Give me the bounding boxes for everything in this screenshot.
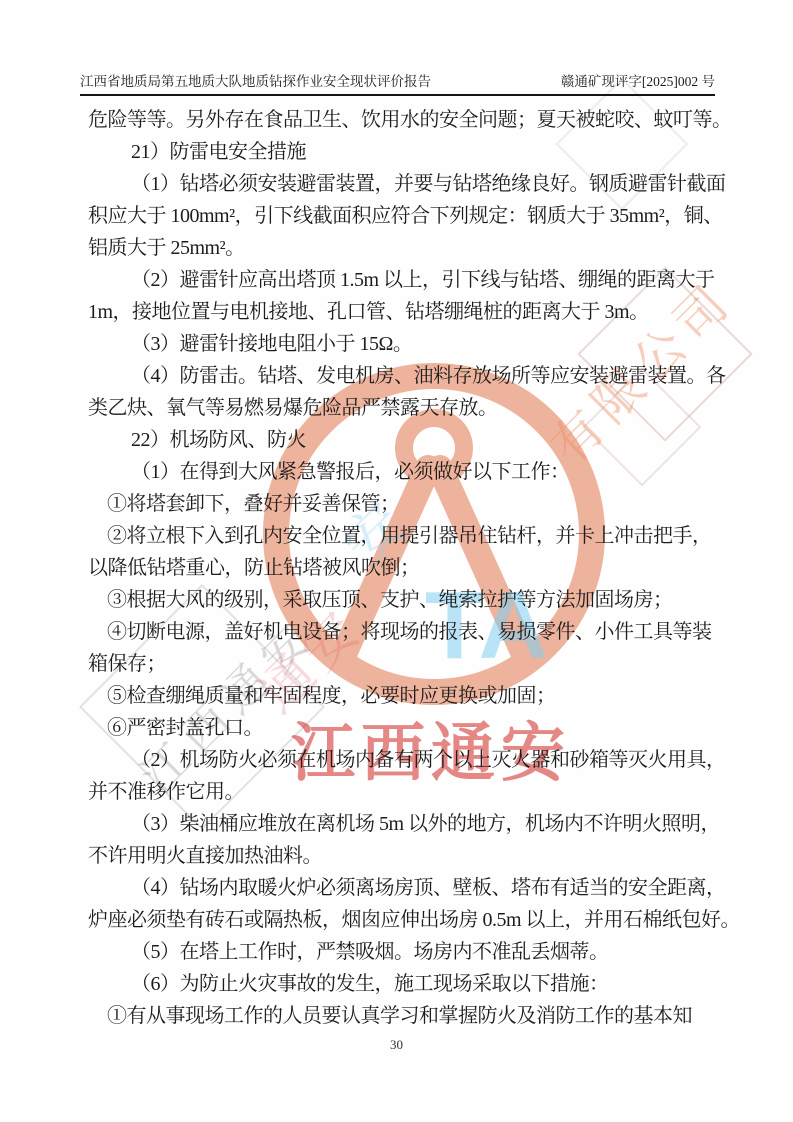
- header-document-number: 赣通矿现评字[2025]002 号: [561, 70, 715, 90]
- document-body: 危险等等。另外存在食品卫生、饮用水的安全问题；夏天被蛇咬、蚊叮等。21）防雷电安…: [88, 104, 728, 1032]
- text-line: （1）钻塔必须安装避雷装置，并要与钻塔绝缘良好。钢质避雷针截面: [88, 168, 728, 200]
- text-line: ②将立根下入到孔内安全位置，用提引器吊住钻杆，并卡上冲击把手，: [88, 520, 728, 552]
- text-line: ⑥严密封盖孔口。: [88, 712, 728, 744]
- text-line: 1m，接地位置与电机接地、孔口管、钻塔绷绳桩的距离大于 3m。: [88, 296, 728, 328]
- page-header: 江西省地质局第五地质大队地质钻探作业安全现状评价报告 赣通矿现评字[2025]0…: [80, 62, 715, 96]
- text-line: ④切断电源，盖好机电设备；将现场的报表、易损零件、小件工具等装: [88, 616, 728, 648]
- text-line: （6）为防止火灾事故的发生，施工现场采取以下措施：: [88, 968, 728, 1000]
- text-line: （2）机场防火必须在机场内备有两个以上灭火器和砂箱等灭火用具，: [88, 744, 728, 776]
- text-line: ⑤检查绷绳质量和牢固程度，必要时应更换或加固；: [88, 680, 728, 712]
- text-line: 并不准移作它用。: [88, 776, 728, 808]
- document-page: 有限公司 江西通安 通安 安 TA 江西通安 江西省地质局第五地质大队地质钻探作…: [0, 0, 793, 1122]
- text-line: （3）避雷针接地电阻小于 15Ω。: [88, 328, 728, 360]
- text-line: （1）在得到大风紧急警报后，必须做好以下工作：: [88, 456, 728, 488]
- text-line: （4）防雷击。钻塔、发电机房、油料存放场所等应安装避雷装置。各: [88, 360, 728, 392]
- text-line: （4）钻场内取暖火炉必须离场房顶、壁板、塔布有适当的安全距离，: [88, 872, 728, 904]
- text-line: ③根据大风的级别，采取压顶、支护、绳索拉护等方法加固场房；: [88, 584, 728, 616]
- text-line: （3）柴油桶应堆放在离机场 5m 以外的地方，机场内不许明火照明，: [88, 808, 728, 840]
- text-line: 22）机场防风、防火: [88, 424, 728, 456]
- page-number: 30: [0, 1037, 793, 1053]
- text-line: 箱保存；: [88, 648, 728, 680]
- text-line: 不许用明火直接加热油料。: [88, 840, 728, 872]
- text-line: 积应大于 100mm²，引下线截面积应符合下列规定：钢质大于 35mm²，铜、: [88, 200, 728, 232]
- text-line: ①将塔套卸下，叠好并妥善保管；: [88, 488, 728, 520]
- text-line: 铝质大于 25mm²。: [88, 232, 728, 264]
- text-line: 危险等等。另外存在食品卫生、饮用水的安全问题；夏天被蛇咬、蚊叮等。: [88, 104, 728, 136]
- text-line: 炉座必须垫有砖石或隔热板，烟囱应伸出场房 0.5m 以上，并用石棉纸包好。: [88, 904, 728, 936]
- text-line: ①有从事现场工作的人员要认真学习和掌握防火及消防工作的基本知: [88, 1000, 728, 1032]
- text-line: 类乙炔、氧气等易燃易爆危险品严禁露天存放。: [88, 392, 728, 424]
- text-line: 以降低钻塔重心，防止钻塔被风吹倒；: [88, 552, 728, 584]
- text-line: 21）防雷电安全措施: [88, 136, 728, 168]
- text-line: （2）避雷针应高出塔顶 1.5m 以上，引下线与钻塔、绷绳的距离大于: [88, 264, 728, 296]
- text-line: （5）在塔上工作时，严禁吸烟。场房内不准乱丢烟蒂。: [88, 936, 728, 968]
- header-report-title: 江西省地质局第五地质大队地质钻探作业安全现状评价报告: [80, 70, 431, 90]
